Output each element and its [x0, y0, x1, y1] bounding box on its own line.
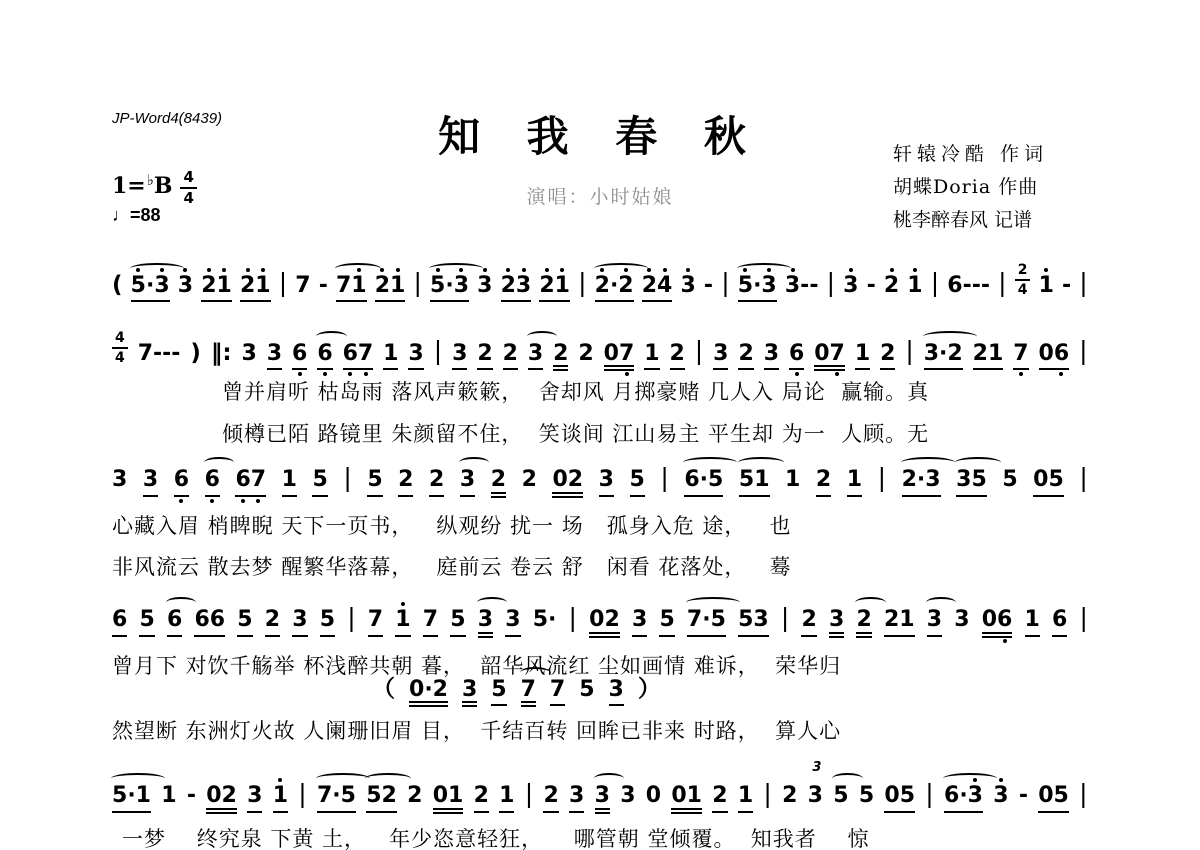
note-group: 5: [630, 467, 645, 498]
note-group: -: [704, 273, 713, 304]
note-group: 24: [642, 273, 673, 304]
barline: |: [763, 780, 771, 815]
note-group: 6: [112, 607, 127, 638]
note-group: 5: [859, 783, 874, 814]
music-line-4: 656665235|7175335·|02357·553|23221330616…: [112, 604, 1088, 639]
note-group: 5·3: [430, 273, 469, 304]
note-group: 5: [320, 607, 335, 638]
note-group: 3: [954, 607, 969, 638]
note-group: 5·3: [131, 273, 170, 304]
barline: |: [781, 604, 789, 639]
music-line-5: 5·11-0231|7·55220121|233300121|2335505|6…: [112, 780, 1088, 815]
note-group: 3: [408, 341, 423, 372]
note-group: 5: [833, 783, 848, 814]
note-group: 2: [856, 607, 871, 638]
note-group: 21: [201, 273, 232, 304]
note-group: 7·5: [317, 783, 356, 814]
note-group: 2: [543, 783, 558, 814]
key-prefix: 1=: [112, 173, 146, 199]
note-group: 1: [907, 273, 922, 304]
note-group: 5: [367, 467, 382, 498]
barline: |: [878, 464, 886, 499]
note-group: 53: [738, 607, 769, 638]
note-group: 7: [368, 607, 383, 638]
note-group: 5·1: [112, 783, 151, 814]
barline: |: [343, 464, 351, 499]
note-group: 3: [267, 341, 282, 372]
note-group: 6---: [947, 273, 990, 304]
barline: |: [569, 604, 577, 639]
note-group: 3: [112, 467, 127, 498]
note-group: 21: [539, 273, 570, 304]
note-group: 5: [1002, 467, 1017, 498]
note-group: 3: [843, 273, 858, 304]
time-signature: 24: [1015, 263, 1031, 303]
note-group: 2: [712, 783, 727, 814]
note-group: 02: [589, 607, 620, 638]
note-group: 3: [143, 467, 158, 498]
note-group: 02: [206, 783, 237, 814]
key-signature: 1=♭B 44: [112, 168, 197, 204]
note-group: 2: [474, 783, 489, 814]
note-group: 21: [375, 273, 406, 304]
note-group: 6: [789, 341, 804, 372]
composer-credit: 胡蝶Doria 作曲: [893, 171, 1098, 204]
note-group: 3: [452, 341, 467, 372]
note-group: 2: [429, 467, 444, 498]
note-group: 05: [1038, 783, 1069, 814]
transcriber-credit: 桃李醉春风 记谱: [893, 204, 1098, 237]
notation-symbol: ): [190, 340, 201, 372]
note-group: 23: [501, 273, 532, 304]
note-group: 1: [273, 783, 288, 814]
notation-symbol: ‖:: [211, 340, 232, 372]
barline: |: [931, 269, 939, 304]
barline: |: [413, 269, 421, 304]
note-group: 3: [713, 341, 728, 372]
notation-symbol: (: [112, 272, 123, 304]
note-group: 3: [460, 467, 475, 498]
note-group: 2: [265, 607, 280, 638]
note-group: -: [1019, 783, 1028, 814]
note-group: 7: [521, 677, 536, 708]
note-group: 7·5: [687, 607, 726, 638]
note-group: 5: [139, 607, 154, 638]
note-group: 3: [292, 607, 307, 638]
note-group: 1: [847, 467, 862, 498]
note-group: 3: [528, 341, 543, 372]
note-group: 3: [462, 677, 477, 708]
barline: |: [925, 780, 933, 815]
note-group: 3: [764, 341, 779, 372]
note-group: 3: [599, 467, 614, 498]
note-group: 5: [450, 607, 465, 638]
note-group: 2: [578, 341, 593, 372]
note-group: 2: [407, 783, 422, 814]
note-group: 2: [782, 783, 797, 814]
credits-block: 轩辕冷酷 作词 胡蝶Doria 作曲 桃李醉春风 记谱: [893, 138, 1098, 237]
lyrics-line-1: 曾并肩听 枯岛雨 落风声簌簌， 舍却风 月掷豪赌 几人入 局论 赢输。真: [222, 376, 929, 406]
lyrics-line-3: 心藏入眉 梢睥睨 天下一页书， 纵观纷 扰一 场 孤身入危 途， 也: [112, 510, 791, 540]
barline: |: [827, 269, 835, 304]
note-group: 07: [604, 341, 635, 372]
note-group: -: [867, 273, 876, 304]
music-line-2: 447---)‖:33666713|3223220712|32360712|3·…: [112, 332, 1088, 372]
note-group: 3: [993, 783, 1008, 814]
note-group: 1: [785, 467, 800, 498]
note-group: 21: [884, 607, 915, 638]
note-group: 05: [1033, 467, 1064, 498]
note-group: 33: [808, 783, 823, 814]
note-group: 7: [1013, 341, 1028, 372]
note-group: 6: [292, 341, 307, 372]
note-group: 3: [478, 607, 493, 638]
notation-symbol: ）: [638, 676, 661, 708]
note-group: 3: [242, 341, 257, 372]
barline: |: [434, 337, 442, 372]
lyrics-line-4: 非风流云 散去梦 醒繁华落幕， 庭前云 卷云 舒 闲看 花落处， 蓦: [112, 551, 791, 581]
parenthetical-phrase: （0·2357753）: [372, 676, 661, 708]
note-group: 2·3: [902, 467, 941, 498]
note-group: 6·3: [944, 783, 983, 814]
note-group: 1: [395, 607, 410, 638]
note-group: 5·3: [738, 273, 777, 304]
note-group: 2: [522, 467, 537, 498]
note-group: 05: [884, 783, 915, 814]
barline: |: [1079, 269, 1087, 304]
note-group: 2·2: [595, 273, 634, 304]
note-group: 2: [491, 467, 506, 498]
note-group: 2: [553, 341, 568, 372]
score-page: JP-Word4(8439) 知 我 春 秋 演唱：小时姑娘 1=♭B 44 ♩…: [0, 0, 1200, 850]
note-group: 5: [659, 607, 674, 638]
note-group: 3: [505, 607, 520, 638]
note-group: 01: [433, 783, 464, 814]
note-group: 3: [680, 273, 695, 304]
note-group: 2: [816, 467, 831, 498]
note-group: 51: [739, 467, 770, 498]
note-group: 1: [282, 467, 297, 498]
note-group: 6: [167, 607, 182, 638]
barline: |: [905, 337, 913, 372]
note-group: 3--: [785, 273, 819, 304]
note-group: 5·: [533, 607, 557, 638]
note-group: 3: [247, 783, 262, 814]
barline: |: [298, 780, 306, 815]
note-group: 2: [880, 341, 895, 372]
note-group: 06: [982, 607, 1013, 638]
note-group: 2: [801, 607, 816, 638]
note-group: 06: [1039, 341, 1070, 372]
music-line-1: (5·332121|7-7121|5·332321|2·2243-|5·33--…: [112, 264, 1088, 304]
note-group: -: [1062, 273, 1071, 304]
time-signature: 44: [180, 170, 196, 206]
note-group: 6: [205, 467, 220, 498]
lyrics-line-2: 倾樽已陌 路镜里 朱颜留不住， 笑谈间 江山易主 平生却 为一 人顾。无: [222, 418, 929, 448]
note-group: 1: [1025, 607, 1040, 638]
note-group: 3: [477, 273, 492, 304]
barline: |: [525, 780, 533, 815]
triplet-number: 3: [812, 761, 821, 776]
note-group: 5: [312, 467, 327, 498]
music-line-3: 33666715|5223220235|6·551121|2·335505|: [112, 464, 1088, 499]
barline: |: [1079, 604, 1087, 639]
lyrics-line-7: 一梦 终究泉 下黄 土， 年少恣意轻狂， 哪管朝 堂倾覆。 知我者 惊: [122, 823, 870, 850]
note-group: 21: [240, 273, 271, 304]
barline: |: [998, 269, 1006, 304]
notation-symbol: （: [372, 676, 395, 708]
note-group: 1: [499, 783, 514, 814]
note-group: 0: [646, 783, 661, 814]
note-group: 7: [423, 607, 438, 638]
lyricist-credit: 轩辕冷酷 作词: [893, 138, 1098, 171]
barline: |: [660, 464, 668, 499]
note-group: 1: [1039, 273, 1054, 304]
note-group: 1: [855, 341, 870, 372]
note-group: 02: [552, 467, 583, 498]
note-group: 2: [884, 273, 899, 304]
note-group: 5: [237, 607, 252, 638]
note-group: 2: [477, 341, 492, 372]
barline: |: [695, 337, 703, 372]
note-group: 7: [295, 273, 310, 304]
key-letter: B: [154, 173, 173, 199]
note-group: -: [187, 783, 196, 814]
note-group: 3: [927, 607, 942, 638]
note-group: 1: [161, 783, 176, 814]
barline: |: [1079, 464, 1087, 499]
note-group: 67: [235, 467, 266, 498]
note-group: 1: [644, 341, 659, 372]
note-group: 1: [383, 341, 398, 372]
note-group: 3: [609, 677, 624, 708]
note-group: 66: [194, 607, 225, 638]
note-group: 2: [398, 467, 413, 498]
note-group: 01: [671, 783, 702, 814]
tempo-marking: ♩=88: [112, 205, 161, 226]
note-group: 5: [579, 677, 594, 708]
note-group: 3: [178, 273, 193, 304]
time-signature: 44: [112, 331, 128, 371]
note-group: -: [319, 273, 328, 304]
note-group: 67: [343, 341, 374, 372]
note-group: 5: [491, 677, 506, 708]
note-group: 3: [829, 607, 844, 638]
note-group: 3: [632, 607, 647, 638]
flat-icon: ♭: [147, 171, 154, 189]
note-group: 6: [317, 341, 332, 372]
note-group: 2: [738, 341, 753, 372]
note-group: 71: [336, 273, 367, 304]
note-group: 2: [503, 341, 518, 372]
note-group: 1: [738, 783, 753, 814]
barline: |: [721, 269, 729, 304]
note-group: 0·2: [409, 677, 448, 708]
note-group: 6: [174, 467, 189, 498]
lyrics-line-6: 然望断 东洲灯火故 人阑珊旧眉 目， 千结百转 回眸已非来 时路， 算人心: [112, 715, 841, 745]
note-group: 3: [620, 783, 635, 814]
note-group: 07: [814, 341, 845, 372]
barline: |: [1079, 337, 1087, 372]
note-group: 6·5: [684, 467, 723, 498]
note-group: 52: [366, 783, 397, 814]
note-group: 3: [595, 783, 610, 814]
barline: |: [1079, 780, 1087, 815]
note-group: 7---: [138, 341, 181, 372]
note-group: 2: [670, 341, 685, 372]
barline: |: [578, 269, 586, 304]
barline: |: [279, 269, 287, 304]
barline: |: [347, 604, 355, 639]
note-group: 21: [973, 341, 1004, 372]
note-group: 35: [956, 467, 987, 498]
note-group: 6: [1052, 607, 1067, 638]
note-group: 3·2: [924, 341, 963, 372]
note-group: 3: [569, 783, 584, 814]
note-group: 7: [550, 677, 565, 708]
